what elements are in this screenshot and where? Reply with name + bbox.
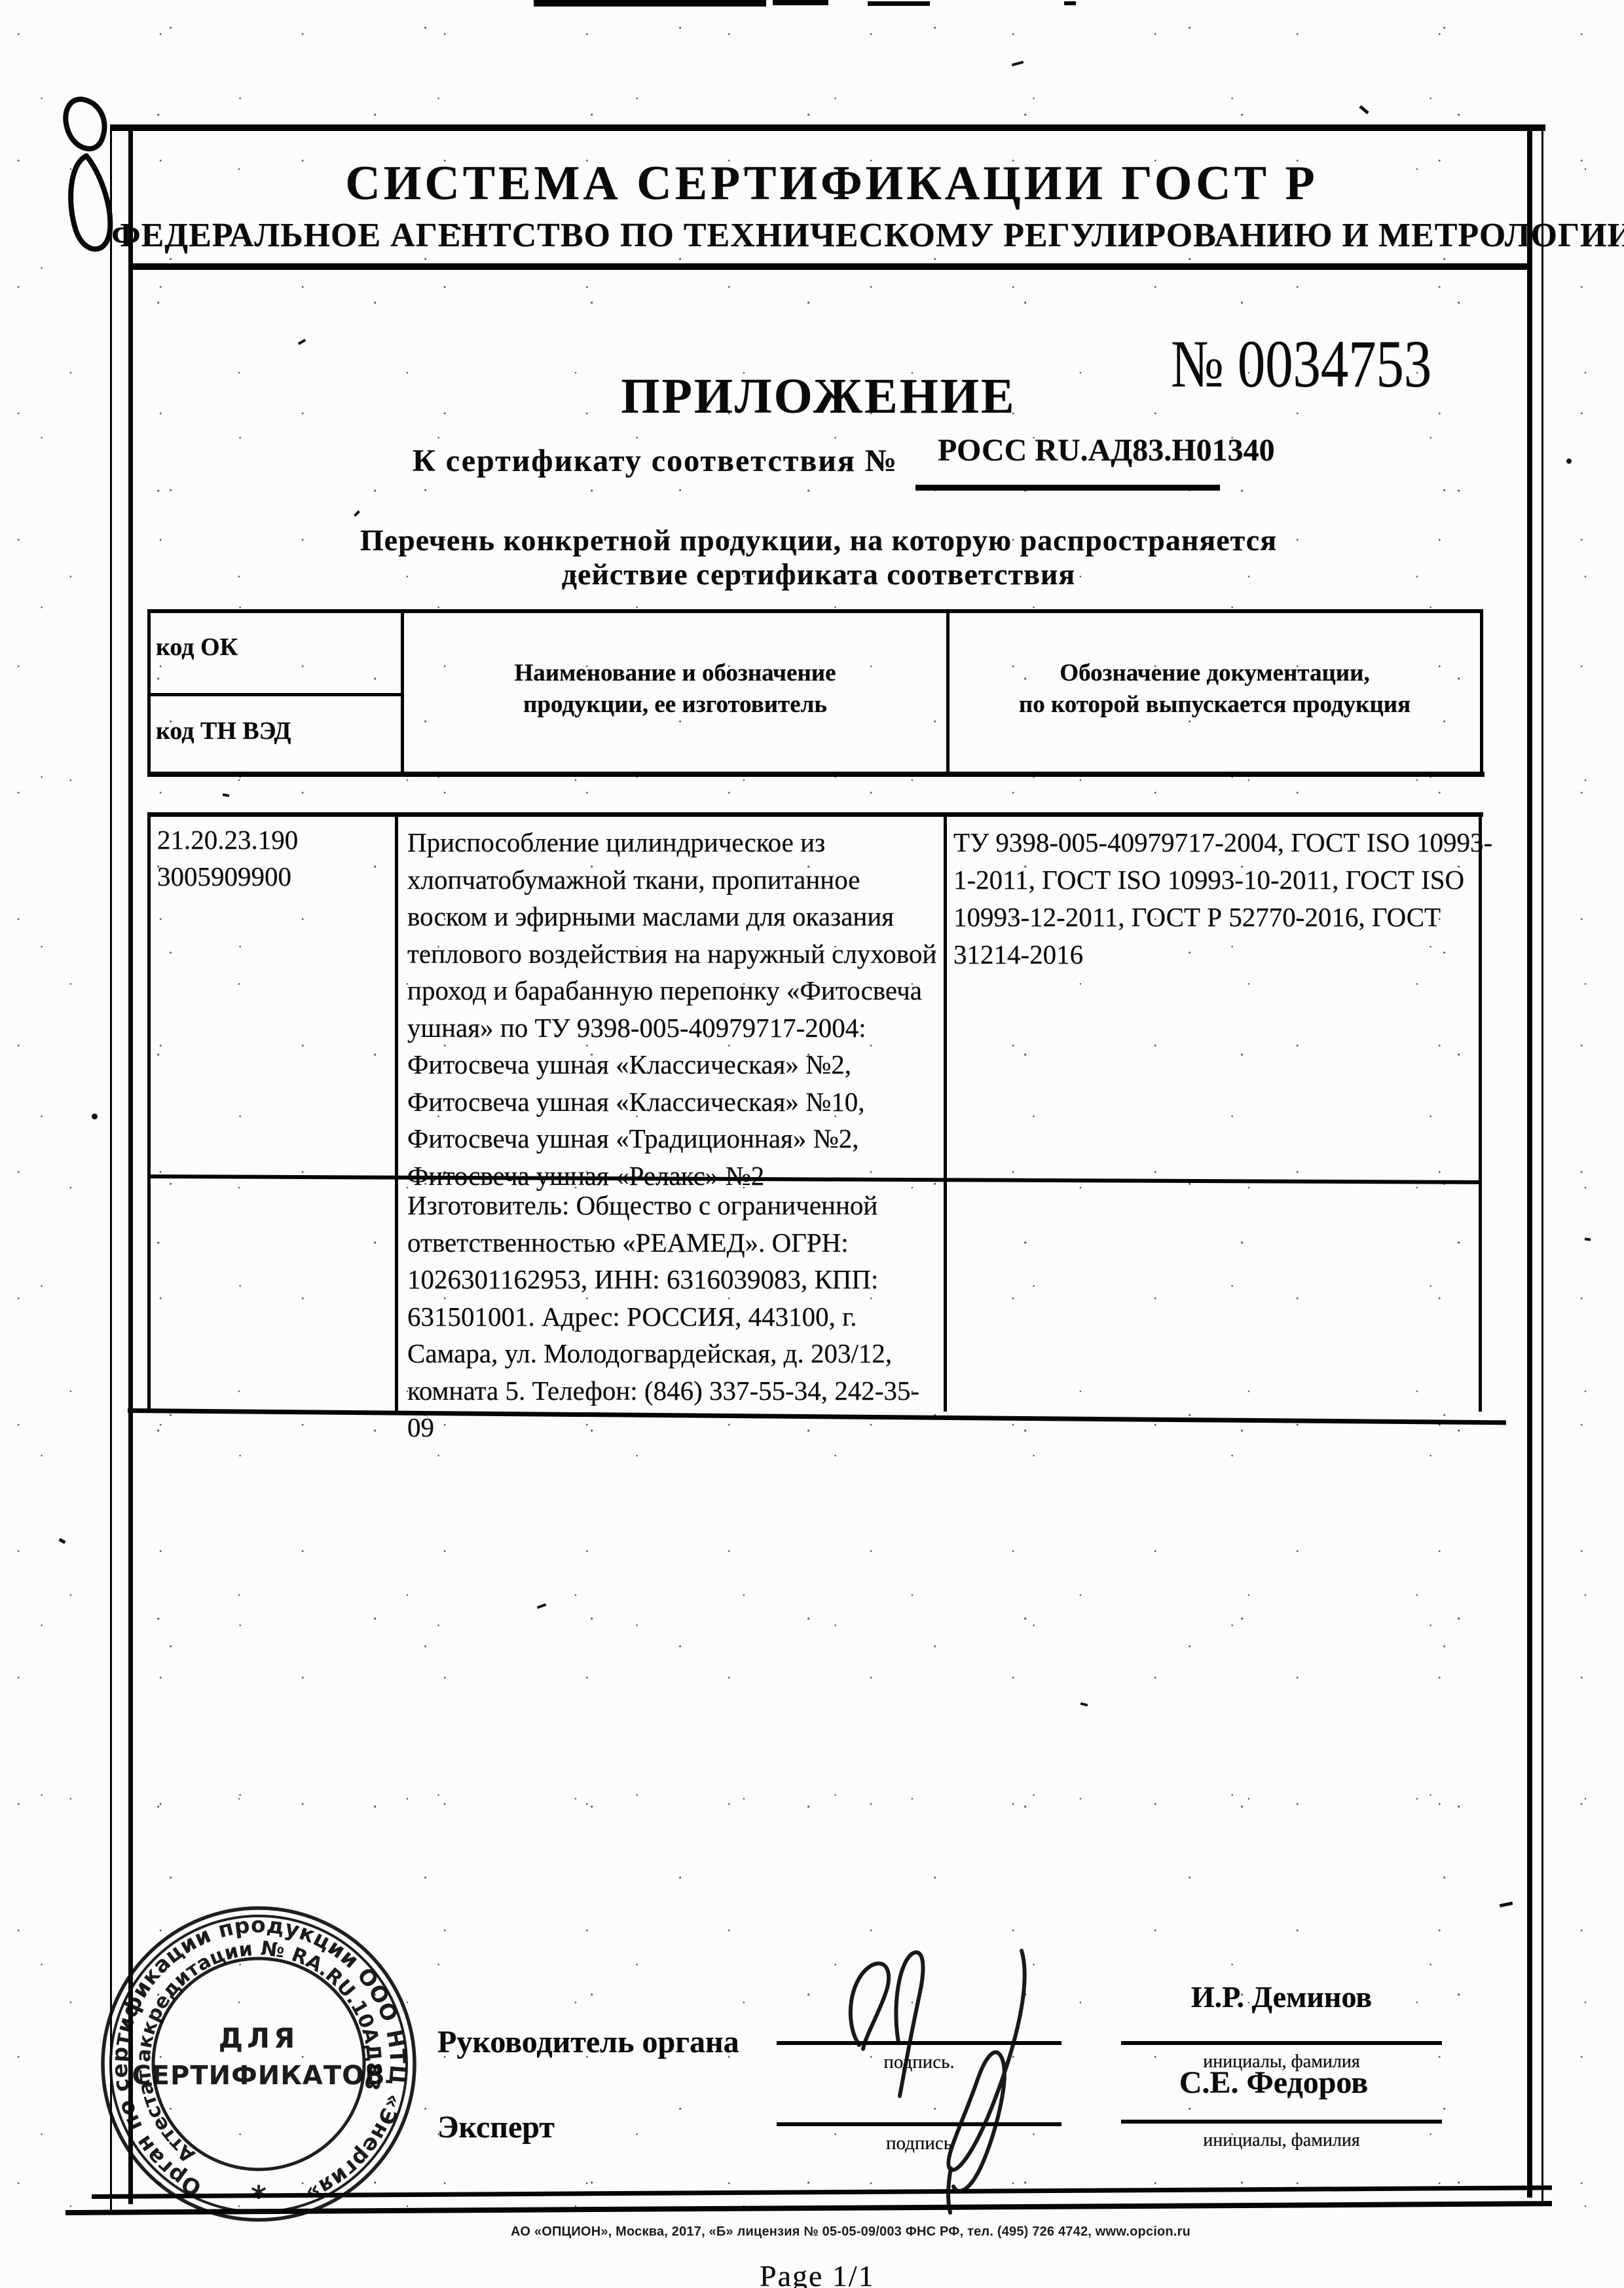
- expert-signature-stroke: [948, 2168, 951, 2213]
- head-signature-stroke: [896, 1953, 923, 2096]
- stamp-star-icon: *: [251, 2179, 267, 2215]
- stamp-center-line1: ДЛЯ: [219, 2022, 299, 2054]
- certification-stamp: Орган по сертификации продукции ООО НТЦ …: [100, 1905, 418, 2223]
- expert-signature-stroke: [948, 1951, 1024, 2191]
- stamp-center-line2: СЕРТИФИКАТОВ: [132, 2061, 385, 2091]
- scanned-certificate-page: СИСТЕМА СЕРТИФИКАЦИИ ГОСТ Р ФЕДЕРАЛЬНОЕ …: [0, 0, 1624, 2288]
- head-signature-stroke: [851, 1964, 889, 2049]
